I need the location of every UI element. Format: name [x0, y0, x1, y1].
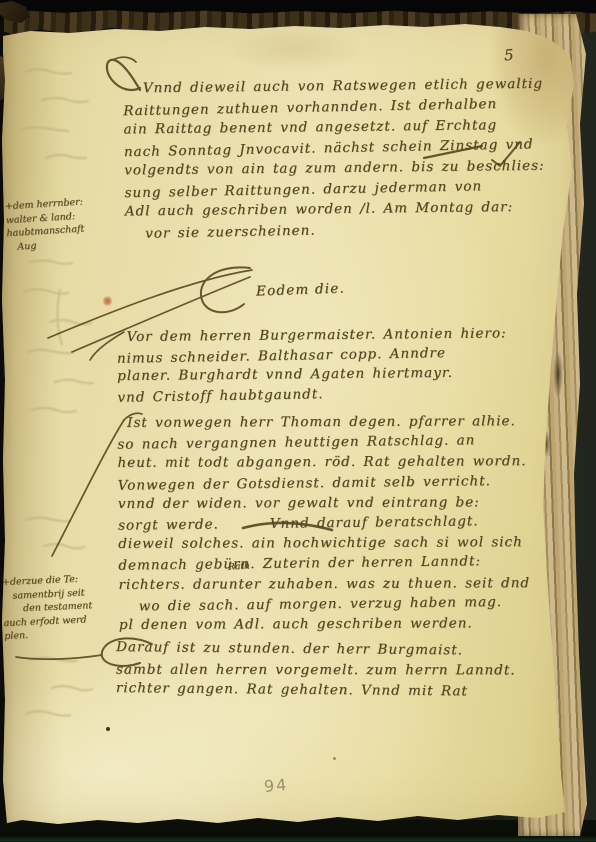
insertion-check-mark: [492, 142, 520, 166]
pause-dash: [243, 523, 332, 530]
manuscript-page: 5 Vnnd dieweil auch von Ratswegen etlich…: [0, 0, 596, 842]
initial-flourish-p4: [102, 638, 152, 666]
heading-initial-bow: [201, 267, 250, 312]
initial-flourish-p3-hook: [124, 413, 142, 420]
initial-flourish-p3: [52, 420, 124, 556]
strikethrough-mark: [424, 146, 482, 158]
heading-flourish-line1: [48, 270, 252, 338]
manuscript-scan: 5 Vnnd dieweil auch von Ratswegen etlich…: [0, 0, 596, 842]
heading-flourish-line2: [72, 277, 250, 352]
flourish-strokes: [0, 0, 596, 842]
scan-bottom-dark-edge: [0, 820, 596, 842]
initial-flourish-p1: [107, 60, 140, 90]
scan-top-black-edge: [0, 0, 596, 13]
initial-flourish-p4-tail: [16, 655, 102, 659]
